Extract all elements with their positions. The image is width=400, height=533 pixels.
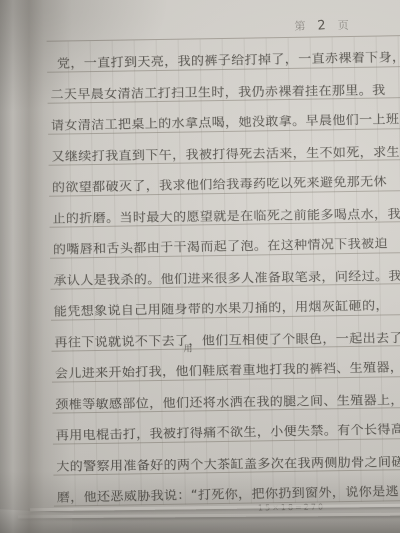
photo-background: 第2页 党，一直打到天亮，我的裤子给打掉了，一直赤裸着下身，第 二天早晨女清洁工… (0, 0, 400, 533)
page-edge-stack (0, 503, 400, 533)
handwritten-text: 磨，他还恶威胁我说：“打死你，把你扔到窗外，说你是逃 (57, 485, 400, 505)
page-edge-line (30, 504, 400, 511)
page-header: 第2页 (294, 17, 350, 34)
page-corner (0, 509, 73, 533)
header-suffix: 页 (338, 19, 350, 32)
manuscript-sheet: 第2页 党，一直打到天亮，我的裤子给打掉了，一直赤裸着下身，第 二天早晨女清洁工… (0, 0, 400, 515)
header-prefix: 第 (294, 20, 306, 33)
manuscript-line: 磨，他还恶威胁我说：“打死你，把你扔到窗外，说你是逃 (53, 470, 400, 507)
insertion-char: 用 (183, 341, 192, 354)
page-edge-line (18, 513, 400, 518)
ruled-grid: 党，一直打到天亮，我的裤子给打掉了，一直赤裸着下身，第 二天早晨女清洁工打扫卫生… (47, 35, 400, 507)
page-number: 2 (317, 18, 328, 34)
